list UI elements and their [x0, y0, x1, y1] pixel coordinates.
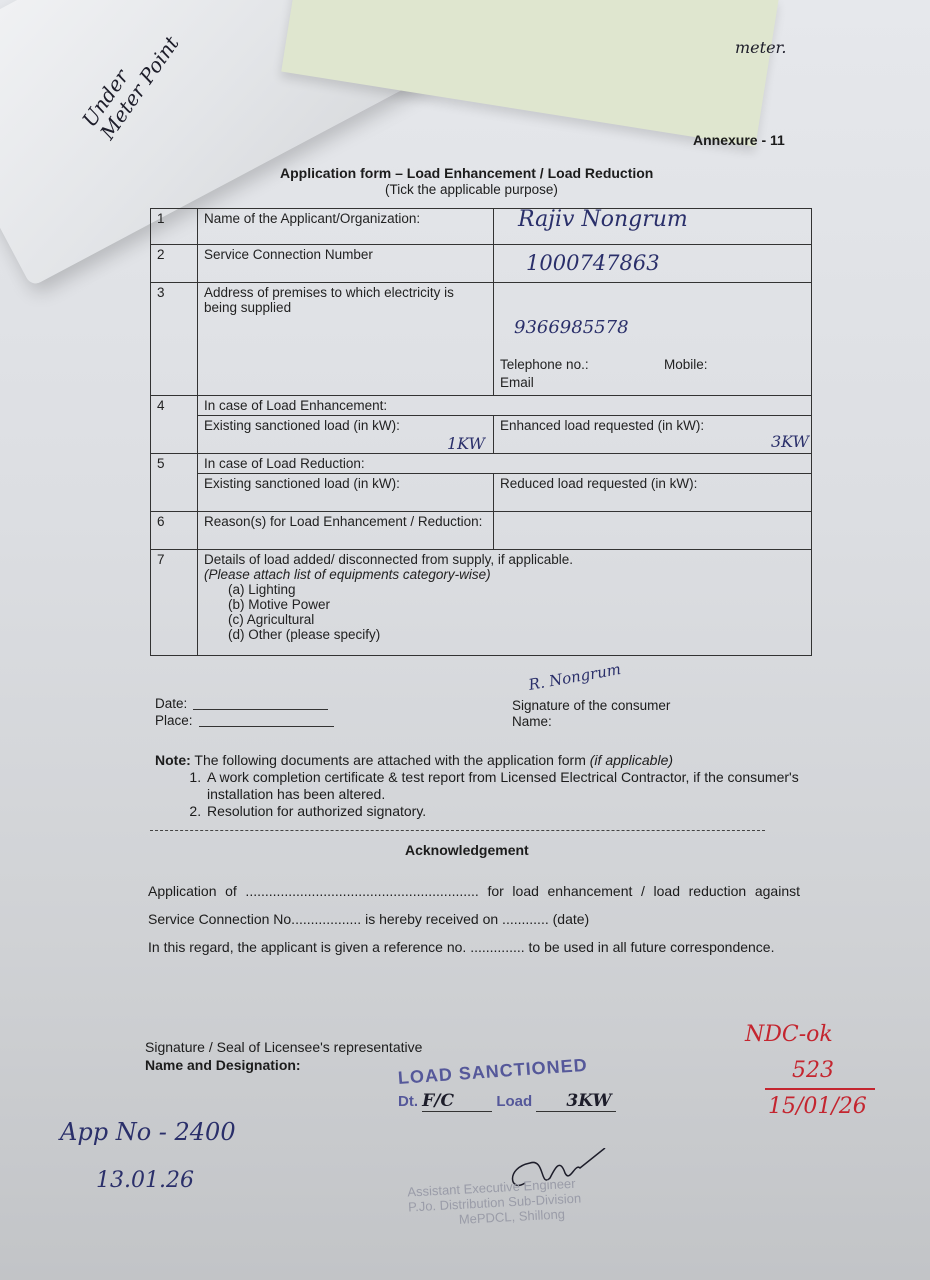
- row-label: Reason(s) for Load Enhancement / Reducti…: [198, 512, 494, 550]
- address-contact-field[interactable]: 9366985578 Telephone no.: Mobile: Email: [494, 283, 812, 396]
- signature-label: Signature of the consumer: [512, 698, 670, 714]
- stamp-load-label: Load: [496, 1093, 532, 1110]
- application-form-table: 1 Name of the Applicant/Organization: Ra…: [150, 208, 812, 656]
- form-row-6: 6 Reason(s) for Load Enhancement / Reduc…: [151, 512, 812, 550]
- licensee-sig-label: Signature / Seal of Licensee's represent…: [145, 1038, 422, 1056]
- load-category-item: (d) Other (please specify): [228, 627, 805, 642]
- note-text: The following documents are attached wit…: [194, 752, 585, 768]
- existing-load-value: 1KW: [447, 434, 485, 453]
- note-section: Note: The following documents are attach…: [155, 752, 805, 820]
- form-row-1: 1 Name of the Applicant/Organization: Ra…: [151, 209, 812, 245]
- place-label: Place:: [155, 713, 193, 728]
- attachments-list: A work completion certificate & test rep…: [155, 769, 805, 820]
- date-field[interactable]: Date:: [155, 695, 334, 712]
- row-number: 1: [151, 209, 198, 245]
- reason-field[interactable]: [494, 512, 812, 550]
- row-number: 2: [151, 245, 198, 283]
- form-row-7: 7 Details of load added/ disconnected fr…: [151, 550, 812, 656]
- app-number-annotation: App No - 2400: [60, 1118, 236, 1146]
- date-label: Date:: [155, 696, 187, 711]
- load-sanctioned-stamp: LOAD SANCTIONED Dt. F/C Load 3KW: [398, 1068, 616, 1112]
- note-lead: Note:: [155, 752, 191, 768]
- row-sublabel: (Please attach list of equipments catego…: [204, 567, 805, 582]
- date-place-block: Date: Place:: [155, 695, 334, 729]
- form-row-2: 2 Service Connection Number 1000747863: [151, 245, 812, 283]
- existing-load-enhancement-field[interactable]: Existing sanctioned load (in kW): 1KW: [198, 416, 494, 454]
- acknowledgement-body: Application of .........................…: [148, 877, 800, 961]
- officer-designation-stamp: Assistant Executive Engineer P.Jo. Distr…: [407, 1175, 582, 1229]
- form-row-5-values: Existing sanctioned load (in kW): Reduce…: [151, 474, 812, 512]
- stamp-details-row: Dt. F/C Load 3KW: [398, 1091, 616, 1112]
- load-details-field[interactable]: Details of load added/ disconnected from…: [198, 550, 812, 656]
- acknowledgement-para-2: In this regard, the applicant is given a…: [148, 933, 800, 961]
- place-blank: [199, 726, 334, 727]
- row-number: 3: [151, 283, 198, 396]
- row-number: 4: [151, 396, 198, 454]
- field-label: Enhanced load requested (in kW):: [500, 418, 704, 433]
- licensee-signature-block: Signature / Seal of Licensee's represent…: [145, 1038, 422, 1074]
- service-connection-value: 1000747863: [526, 251, 660, 275]
- form-row-5-header: 5 In case of Load Reduction:: [151, 454, 812, 474]
- form-row-4-values: Existing sanctioned load (in kW): 1KW En…: [151, 416, 812, 454]
- enhanced-load-value: 3KW: [771, 432, 809, 451]
- form-subtitle: (Tick the applicable purpose): [385, 182, 558, 197]
- ndc-date-annotation: 15/01/26: [768, 1094, 867, 1119]
- email-label: Email: [500, 375, 534, 390]
- row-number: 6: [151, 512, 198, 550]
- load-category-item: (a) Lighting: [228, 582, 805, 597]
- name-designation-label: Name and Designation:: [145, 1056, 422, 1074]
- field-label: Existing sanctioned load (in kW):: [204, 476, 400, 491]
- stamp-dt-value: F/C: [422, 1091, 454, 1111]
- signature-block: Signature of the consumer Name:: [512, 698, 670, 730]
- acknowledgement-para-1: Application of .........................…: [148, 877, 800, 933]
- row-number: 7: [151, 550, 198, 656]
- form-title: Application form – Load Enhancement / Lo…: [280, 165, 653, 181]
- stamp-load-value: 3KW: [566, 1091, 611, 1111]
- tear-off-divider: [150, 830, 765, 831]
- load-category-item: (c) Agricultural: [228, 612, 805, 627]
- name-label: Name:: [512, 714, 670, 730]
- acknowledgement-title: Acknowledgement: [405, 842, 529, 858]
- reduced-load-field[interactable]: Reduced load requested (in kW):: [494, 474, 812, 512]
- load-category-item: (b) Motive Power: [228, 597, 805, 612]
- mobile-label: Mobile:: [664, 357, 708, 372]
- existing-load-reduction-field[interactable]: Existing sanctioned load (in kW):: [198, 474, 494, 512]
- attachment-item: A work completion certificate & test rep…: [205, 769, 805, 803]
- stamp-dt-label: Dt.: [398, 1093, 418, 1110]
- row-label: In case of Load Enhancement:: [198, 396, 812, 416]
- row-number: 5: [151, 454, 198, 512]
- row-label: Name of the Applicant/Organization:: [198, 209, 494, 245]
- load-category-list: (a) Lighting (b) Motive Power (c) Agricu…: [204, 582, 805, 642]
- row-label: Details of load added/ disconnected from…: [204, 552, 805, 567]
- app-date-annotation: 13.01.26: [96, 1168, 194, 1193]
- form-row-3: 3 Address of premises to which electrici…: [151, 283, 812, 396]
- date-blank: [193, 709, 328, 710]
- field-label: Existing sanctioned load (in kW):: [204, 418, 400, 433]
- telephone-label: Telephone no.:: [500, 357, 589, 372]
- row-label: In case of Load Reduction:: [198, 454, 812, 474]
- note-italic: (if applicable): [590, 752, 673, 768]
- applicant-name-value: Rajiv Nongrum: [518, 207, 688, 232]
- handwritten-note-meter: meter.: [735, 38, 787, 57]
- field-label: Reduced load requested (in kW):: [500, 476, 697, 491]
- enhanced-load-field[interactable]: Enhanced load requested (in kW): 3KW: [494, 416, 812, 454]
- ndc-number-annotation: 523: [792, 1058, 834, 1083]
- service-connection-field[interactable]: 1000747863: [494, 245, 812, 283]
- annexure-label: Annexure - 11: [693, 132, 785, 148]
- ndc-underline: [765, 1088, 875, 1090]
- attachment-item: Resolution for authorized signatory.: [205, 803, 805, 820]
- place-field[interactable]: Place:: [155, 712, 334, 729]
- phone-value: 9366985578: [514, 317, 629, 338]
- ndc-note-annotation: NDC-ok: [745, 1022, 833, 1047]
- applicant-name-field[interactable]: Rajiv Nongrum: [494, 209, 812, 245]
- form-row-4-header: 4 In case of Load Enhancement:: [151, 396, 812, 416]
- row-label: Address of premises to which electricity…: [198, 283, 494, 396]
- row-label: Service Connection Number: [198, 245, 494, 283]
